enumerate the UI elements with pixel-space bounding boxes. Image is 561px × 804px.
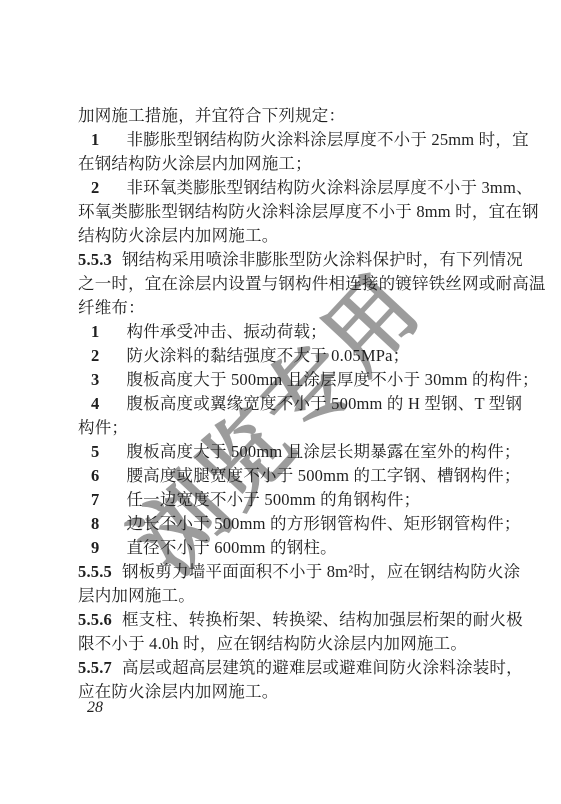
line-text: 加网施工措施，并宜符合下列规定：: [78, 106, 345, 125]
line-text: 之一时，宜在涂层内设置与钢构件相连接的镀锌铁丝网或耐高温: [78, 274, 546, 293]
item-number: 6: [91, 466, 99, 485]
line-text: 应在防火涂层内加网施工。: [78, 682, 278, 701]
line-text: 高层或超高层建筑的避难层或避难间防火涂料涂装时，: [122, 658, 523, 677]
text-line: 9直径不小于 600mm 的钢柱。: [78, 536, 544, 560]
text-line: 8边长不小于 500mm 的方形钢管构件、矩形钢管构件；: [78, 512, 544, 536]
text-line: 1构件承受冲击、振动荷载；: [78, 320, 544, 344]
line-text: 构件承受冲击、振动荷载；: [126, 322, 326, 341]
line-text: 腰高度或腿宽度不小于 500mm 的工字钢、槽钢构件；: [126, 466, 520, 485]
text-line: 3腹板高度大于 500mm 且涂层厚度不小于 30mm 的构件；: [78, 368, 544, 392]
line-text: 在钢结构防火涂层内加网施工；: [78, 154, 312, 173]
text-line: 之一时，宜在涂层内设置与钢构件相连接的镀锌铁丝网或耐高温: [78, 272, 544, 296]
line-text: 结构防火涂层内加网施工。: [78, 226, 278, 245]
line-text: 腹板高度大于 500mm 且涂层长期暴露在室外的构件；: [126, 442, 520, 461]
item-number: 1: [91, 130, 99, 149]
page-number: 28: [87, 696, 103, 720]
line-text: 任一边宽度不小于 500mm 的角钢构件；: [126, 490, 420, 509]
text-line: 7任一边宽度不小于 500mm 的角钢构件；: [78, 488, 544, 512]
line-text: 直径不小于 600mm 的钢柱。: [126, 538, 336, 557]
line-text: 纤维布：: [78, 298, 145, 317]
text-line: 层内加网施工。: [78, 584, 544, 608]
item-number: 1: [91, 322, 99, 341]
item-number: 7: [91, 490, 99, 509]
line-text: 钢板剪力墙平面面积不小于 8m²时，应在钢结构防火涂: [122, 562, 520, 581]
text-line: 5.5.3钢结构采用喷涂非膨胀型防火涂料保护时，有下列情况: [78, 248, 544, 272]
text-line: 2非环氧类膨胀型钢结构防火涂料涂层厚度不小于 3mm、: [78, 176, 544, 200]
text-line: 限不小于 4.0h 时，应在钢结构防火涂层内加网施工。: [78, 632, 544, 656]
text-line: 5.5.7高层或超高层建筑的避难层或避难间防火涂料涂装时，: [78, 656, 544, 680]
text-line: 5腹板高度大于 500mm 且涂层长期暴露在室外的构件；: [78, 440, 544, 464]
text-line: 纤维布：: [78, 296, 544, 320]
text-block: 加网施工措施，并宜符合下列规定： 1非膨胀型钢结构防火涂料涂层厚度不小于 25m…: [78, 104, 544, 704]
line-text: 构件；: [78, 418, 128, 437]
text-line: 构件；: [78, 416, 544, 440]
text-line: 在钢结构防火涂层内加网施工；: [78, 152, 544, 176]
item-number: 9: [91, 538, 99, 557]
line-text: 边长不小于 500mm 的方形钢管构件、矩形钢管构件；: [126, 514, 520, 533]
line-text: 限不小于 4.0h 时，应在钢结构防火涂层内加网施工。: [78, 634, 467, 653]
text-line: 加网施工措施，并宜符合下列规定：: [78, 104, 544, 128]
line-text: 环氧类膨胀型钢结构防火涂料涂层厚度不小于 8mm 时，宜在钢: [78, 202, 539, 221]
clause-number: 5.5.5: [78, 562, 112, 581]
text-line: 4腹板高度或翼缘宽度不小于 500mm 的 H 型钢、T 型钢: [78, 392, 544, 416]
text-line: 6腰高度或腿宽度不小于 500mm 的工字钢、槽钢构件；: [78, 464, 544, 488]
text-line: 1非膨胀型钢结构防火涂料涂层厚度不小于 25mm 时，宜: [78, 128, 544, 152]
line-text: 非膨胀型钢结构防火涂料涂层厚度不小于 25mm 时，宜: [126, 130, 528, 149]
line-text: 框支柱、转换桁架、转换梁、结构加强层桁架的耐火极: [122, 610, 523, 629]
line-text: 钢结构采用喷涂非膨胀型防火涂料保护时，有下列情况: [122, 250, 523, 269]
line-text: 腹板高度或翼缘宽度不小于 500mm 的 H 型钢、T 型钢: [126, 394, 522, 413]
item-number: 2: [91, 346, 99, 365]
item-number: 3: [91, 370, 99, 389]
clause-number: 5.5.3: [78, 250, 112, 269]
line-text: 非环氧类膨胀型钢结构防火涂料涂层厚度不小于 3mm、: [126, 178, 532, 197]
line-text: 层内加网施工。: [78, 586, 195, 605]
document-page: 浏览专用 加网施工措施，并宜符合下列规定： 1非膨胀型钢结构防火涂料涂层厚度不小…: [0, 0, 561, 804]
line-text: 腹板高度大于 500mm 且涂层厚度不小于 30mm 的构件；: [126, 370, 538, 389]
clause-number: 5.5.6: [78, 610, 112, 629]
item-number: 2: [91, 178, 99, 197]
line-text: 防火涂料的黏结强度不大于 0.05MPa；: [126, 346, 409, 365]
item-number: 5: [91, 442, 99, 461]
text-line: 5.5.6框支柱、转换桁架、转换梁、结构加强层桁架的耐火极: [78, 608, 544, 632]
text-line: 应在防火涂层内加网施工。: [78, 680, 544, 704]
item-number: 4: [91, 394, 99, 413]
text-line: 5.5.5钢板剪力墙平面面积不小于 8m²时，应在钢结构防火涂: [78, 560, 544, 584]
text-line: 2防火涂料的黏结强度不大于 0.05MPa；: [78, 344, 544, 368]
clause-number: 5.5.7: [78, 658, 112, 677]
item-number: 8: [91, 514, 99, 533]
text-line: 结构防火涂层内加网施工。: [78, 224, 544, 248]
text-line: 环氧类膨胀型钢结构防火涂料涂层厚度不小于 8mm 时，宜在钢: [78, 200, 544, 224]
